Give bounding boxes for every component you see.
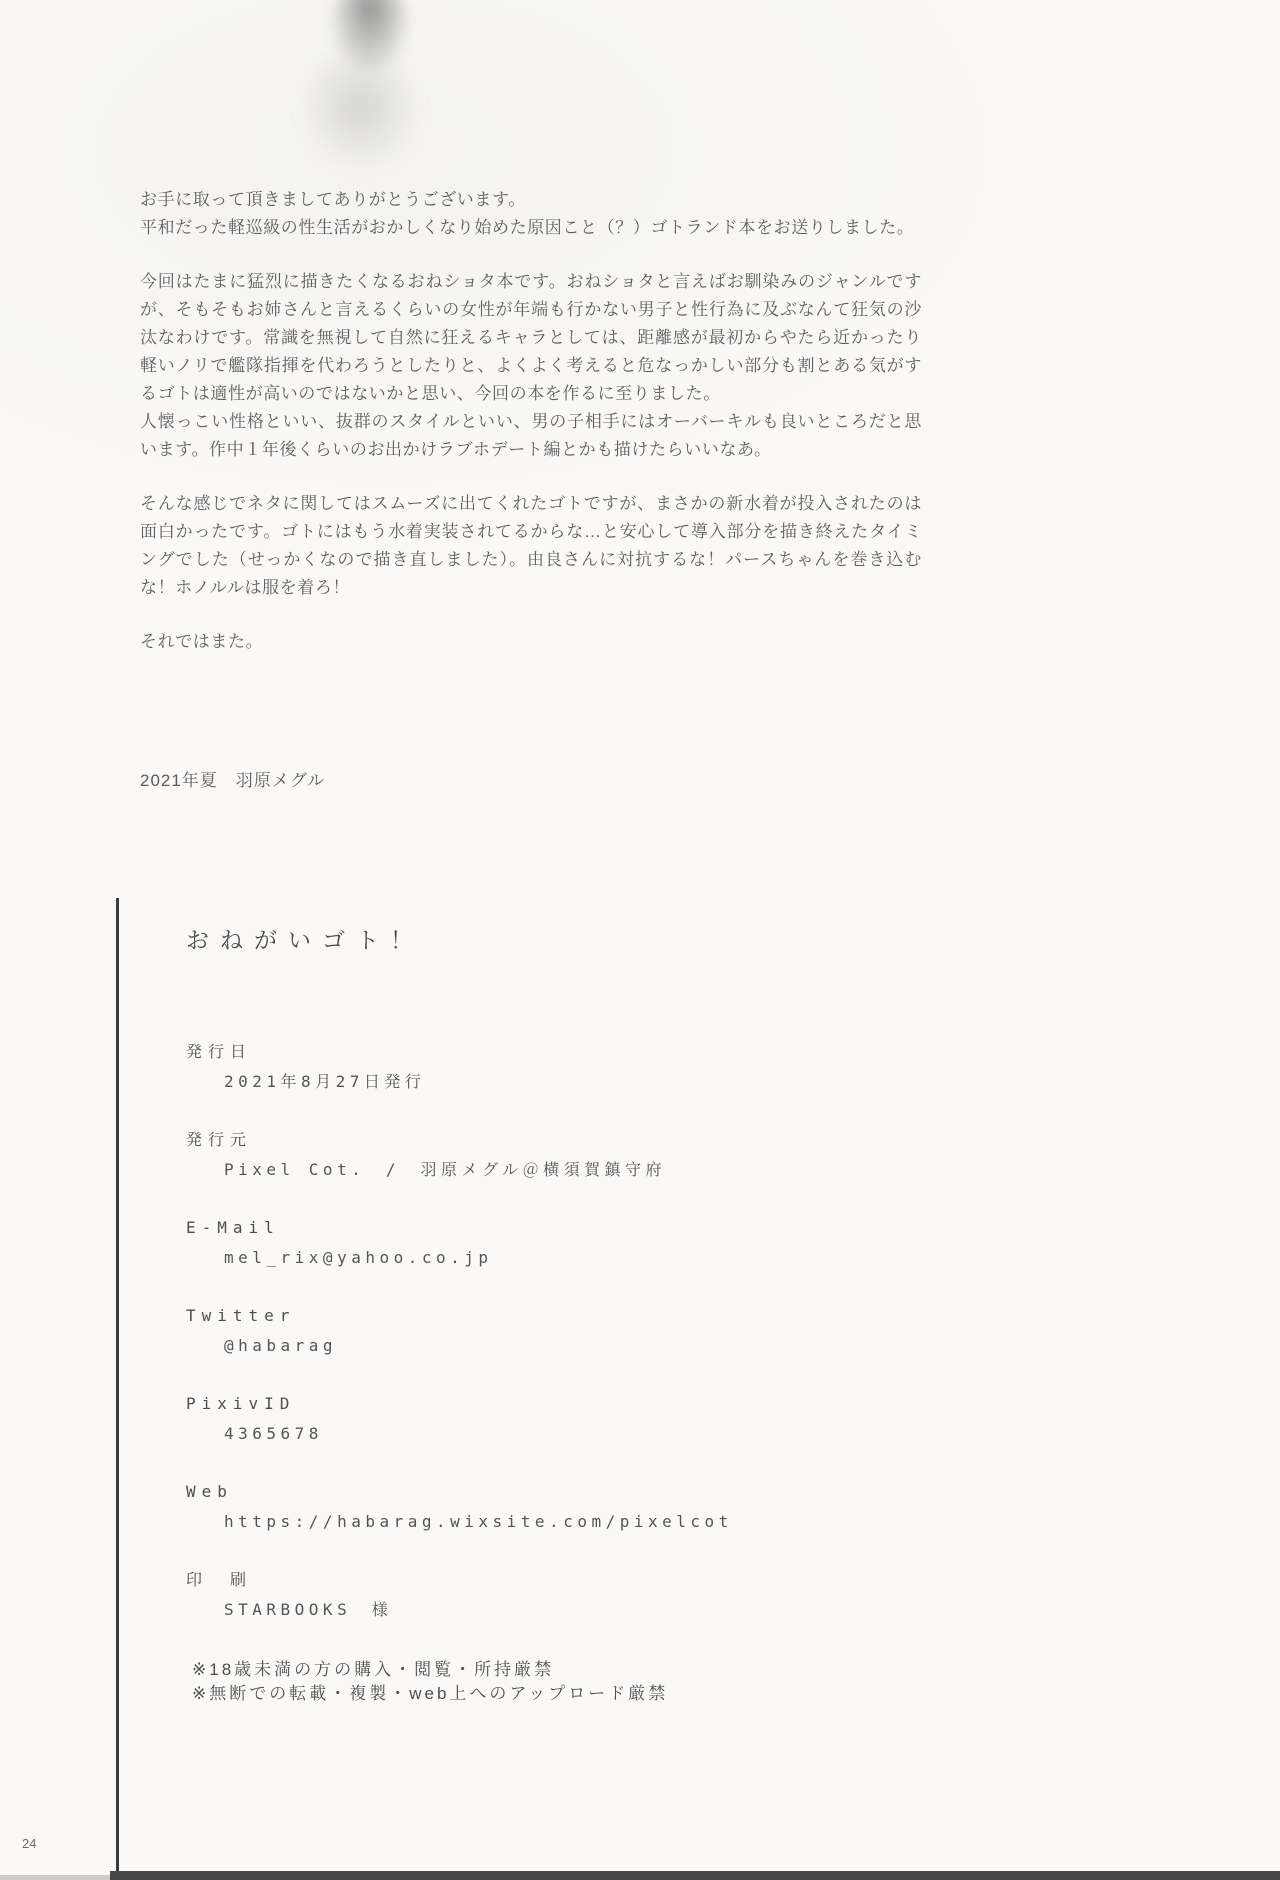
- afterword-paragraph: 今回はたまに猛烈に描きたくなるおねショタ本です。おねショタと言えばお馴染みのジャ…: [140, 268, 922, 464]
- afterword-line: 今回はたまに猛烈に描きたくなるおねショタ本です。おねショタと言えばお馴染みのジャ…: [140, 268, 922, 408]
- colophon-label: Twitter: [186, 1306, 886, 1326]
- scan-artifact-bottom-edge: [110, 1871, 1280, 1880]
- notice-age-restriction: ※18歳未満の方の購入・閲覧・所持厳禁: [192, 1658, 668, 1682]
- colophon-notices: ※18歳未満の方の購入・閲覧・所持厳禁 ※無断での転載・複製・web上へのアップ…: [192, 1658, 668, 1706]
- afterword-text: お手に取って頂きましてありがとうございます。 平和だった軽巡級の性生活がおかしく…: [140, 186, 922, 682]
- colophon-label: PixivID: [186, 1394, 886, 1414]
- colophon-entry-printer: 印 刷 STARBOOKS 様: [186, 1570, 886, 1658]
- author-signature: 2021年夏 羽原メグル: [140, 766, 325, 791]
- colophon-vertical-rule: [116, 898, 119, 1880]
- colophon-value: 2021年8月27日発行: [224, 1072, 886, 1092]
- scan-artifact-bottom-edge-left: [0, 1875, 110, 1880]
- colophon-value: @habarag: [224, 1336, 886, 1356]
- colophon-entry-twitter: Twitter @habarag: [186, 1306, 886, 1394]
- afterword-line: 人懐っこい性格といい、抜群のスタイルといい、男の子相手にはオーバーキルも良いとこ…: [140, 408, 922, 464]
- colophon-entry-pixiv-id: PixivID 4365678: [186, 1394, 886, 1482]
- colophon-label: E-Mail: [186, 1218, 886, 1238]
- notice-no-reproduction: ※無断での転載・複製・web上へのアップロード厳禁: [192, 1682, 668, 1706]
- colophon-value: https://habarag.wixsite.com/pixelcot: [224, 1512, 886, 1532]
- colophon-label: 発行元: [186, 1130, 886, 1150]
- colophon-title: おねがいゴト！: [186, 922, 424, 955]
- colophon-entries: 発行日 2021年8月27日発行 発行元 Pixel Cot. / 羽原メグル＠…: [186, 1042, 886, 1658]
- colophon-entry-email: E-Mail mel_rix@yahoo.co.jp: [186, 1218, 886, 1306]
- afterword-line: お手に取って頂きましてありがとうございます。: [140, 186, 922, 214]
- colophon-value: Pixel Cot. / 羽原メグル＠横須賀鎮守府: [224, 1160, 886, 1180]
- colophon-value: mel_rix@yahoo.co.jp: [224, 1248, 886, 1268]
- colophon-entry-publisher: 発行元 Pixel Cot. / 羽原メグル＠横須賀鎮守府: [186, 1130, 886, 1218]
- colophon-entry-web: Web https://habarag.wixsite.com/pixelcot: [186, 1482, 886, 1570]
- afterword-paragraph: そんな感じでネタに関してはスムーズに出てくれたゴトですが、まさかの新水着が投入さ…: [140, 490, 922, 602]
- colophon-label: Web: [186, 1482, 886, 1502]
- scanned-page: お手に取って頂きましてありがとうございます。 平和だった軽巡級の性生活がおかしく…: [0, 0, 1280, 1880]
- afterword-line: 平和だった軽巡級の性生活がおかしくなり始めた原因こと（？）ゴトランド本をお送りし…: [140, 214, 922, 242]
- page-number: 24: [22, 1836, 36, 1851]
- colophon-value: STARBOOKS 様: [224, 1600, 886, 1620]
- colophon-value: 4365678: [224, 1424, 886, 1444]
- scan-artifact-smudge: [300, 40, 420, 170]
- afterword-paragraph: お手に取って頂きましてありがとうございます。 平和だった軽巡級の性生活がおかしく…: [140, 186, 922, 242]
- afterword-closing: それではまた。: [140, 628, 922, 656]
- colophon-label: 発行日: [186, 1042, 886, 1062]
- colophon-label: 印 刷: [186, 1570, 886, 1590]
- colophon-entry-publication-date: 発行日 2021年8月27日発行: [186, 1042, 886, 1130]
